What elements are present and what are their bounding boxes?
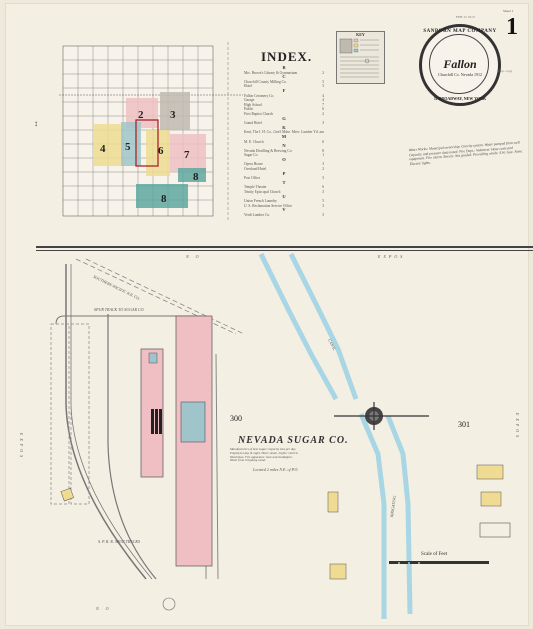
sheet-label-300: 300: [230, 414, 242, 423]
compass-rose-icon: [334, 402, 429, 430]
street-label-top: EXPOS: [378, 254, 405, 259]
sheet-number: 1: [506, 14, 518, 41]
legend-swatches: [337, 37, 382, 79]
svg-text:4: 4: [100, 143, 106, 155]
map-sheet: 234 567 88 ↕ INDEX. B Mrs. Brown's Libra…: [6, 4, 528, 625]
spur-label: SPUR TRACK TO SUGAR CO.: [94, 307, 144, 312]
spur-tracks-label: S. P. R. R. SPUR TRACKS: [98, 539, 140, 544]
svg-text:6: 6: [158, 145, 164, 157]
scale-label: Scale of Feet: [421, 552, 447, 557]
index-title: INDEX.: [261, 49, 312, 65]
svg-text:7: 7: [184, 149, 190, 161]
street-label-bottom: N O: [96, 606, 112, 611]
company-title: NEVADA SUGAR CO.: [238, 435, 349, 446]
legend-key: KEY: [336, 31, 385, 84]
company-description: Manufacturers of beet sugar. Capacity to…: [230, 448, 300, 463]
svg-text:5: 5: [125, 141, 131, 153]
index-entry: Verdi Lumber Co.3: [244, 213, 324, 218]
stamp-date: FEB 15 1913: [456, 15, 475, 19]
company-location: Located 2 miles N.E. of P.O.: [253, 467, 298, 472]
street-label-left: EXPOS: [19, 433, 24, 460]
seal-city: Fallon: [422, 57, 498, 72]
key-map: 234 567 88: [58, 42, 243, 220]
street-label-right: EXPOS: [515, 413, 520, 440]
svg-text:8: 8: [161, 193, 167, 205]
index-list: B Mrs. Brown's Library & Gymnasium2 C Ch…: [244, 66, 324, 218]
seal-county-state: Churchill Co. Nevada 1912: [422, 72, 498, 77]
svg-text:2: 2: [138, 109, 144, 121]
svg-text:8: 8: [193, 171, 199, 183]
copyright-note: Cop. copy: [498, 69, 512, 73]
seal-address: 11 BROADWAY, NEW YORK: [422, 96, 498, 101]
sanborn-seal: SANBORN MAP COMPANY Fallon Churchill Co.…: [419, 24, 501, 106]
section-divider-thin: [36, 250, 533, 251]
seal-publisher: SANBORN MAP COMPANY: [422, 29, 498, 34]
sheet-label-301: 301: [458, 420, 470, 429]
key-map-grid: 234 567 88: [58, 42, 243, 220]
svg-text:3: 3: [170, 109, 176, 121]
municipal-notes: Water Works: Municipal ownership. Gravit…: [409, 140, 530, 166]
north-arrow-small: ↕: [34, 119, 38, 128]
sheet-corner-note: Sheet 1: [503, 9, 513, 13]
section-divider: [36, 246, 533, 248]
street-label-top-left: N O: [186, 254, 202, 259]
